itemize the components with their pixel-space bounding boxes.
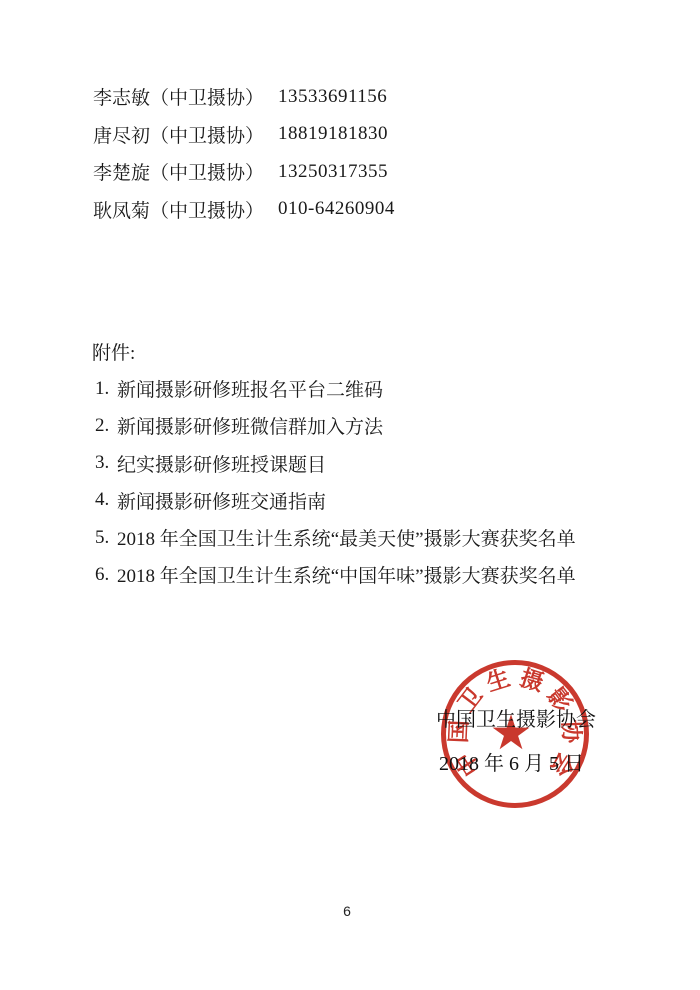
contact-row: 李志敏（中卫摄协） 13533691156 [93, 78, 395, 116]
page-number: 6 [0, 903, 694, 919]
attachment-item: 1. 新闻摄影研修班报名平台二维码 [92, 370, 576, 407]
attachment-number: 1. [95, 378, 117, 400]
contact-name: 耿凤菊（中卫摄协） [93, 196, 264, 223]
contact-name: 李志敏（中卫摄协） [93, 83, 264, 110]
signature-org-name: 中国卫生摄影协会 [436, 703, 596, 732]
document-page: 李志敏（中卫摄协） 13533691156 唐尽初（中卫摄协） 18819181… [0, 0, 700, 990]
seal-arc-char: 摄 [517, 659, 549, 697]
contact-row: 耿凤菊（中卫摄协） 010-64260904 [93, 191, 395, 229]
contact-phone: 13533691156 [278, 86, 387, 108]
attachment-title: 2018 年全国卫生计生系统“中国年味”摄影大赛获奖名单 [117, 561, 576, 588]
signature-date: 2018 年 6 月 5 日 [439, 747, 584, 776]
contact-name: 李楚旋（中卫摄协） [93, 158, 264, 185]
contact-row: 唐尽初（中卫摄协） 18819181830 [93, 116, 395, 154]
attachment-item: 6. 2018 年全国卫生计生系统“中国年味”摄影大赛获奖名单 [92, 556, 576, 593]
attachment-title: 2018 年全国卫生计生系统“最美天使”摄影大赛获奖名单 [117, 524, 576, 551]
attachment-title: 新闻摄影研修班微信群加入方法 [117, 412, 383, 439]
attachment-title: 新闻摄影研修班交通指南 [117, 487, 326, 514]
attachment-title: 纪实摄影研修班授课题目 [117, 450, 326, 477]
attachment-item: 2. 新闻摄影研修班微信群加入方法 [92, 407, 576, 444]
attachment-number: 3. [95, 452, 117, 474]
attachment-number: 2. [95, 415, 117, 437]
attachment-number: 5. [95, 527, 117, 549]
attachments-heading: 附件: [92, 333, 576, 370]
attachments-section: 附件: 1. 新闻摄影研修班报名平台二维码 2. 新闻摄影研修班微信群加入方法 … [92, 333, 576, 593]
contact-row: 李楚旋（中卫摄协） 13250317355 [93, 153, 395, 191]
attachment-number: 6. [95, 564, 117, 586]
attachment-item: 3. 纪实摄影研修班授课题目 [92, 445, 576, 482]
contact-phone: 13250317355 [278, 161, 388, 183]
official-seal: 中国卫生摄影协会 ★ [441, 660, 589, 808]
attachment-title: 新闻摄影研修班报名平台二维码 [117, 375, 383, 402]
contact-phone: 010-64260904 [278, 198, 395, 220]
contact-name: 唐尽初（中卫摄协） [93, 121, 264, 148]
attachment-item: 4. 新闻摄影研修班交通指南 [92, 482, 576, 519]
attachment-number: 4. [95, 489, 117, 511]
contact-list: 李志敏（中卫摄协） 13533691156 唐尽初（中卫摄协） 18819181… [93, 78, 395, 228]
contact-phone: 18819181830 [278, 123, 388, 145]
attachment-item: 5. 2018 年全国卫生计生系统“最美天使”摄影大赛获奖名单 [92, 519, 576, 556]
seal-arc-char: 生 [482, 659, 514, 697]
